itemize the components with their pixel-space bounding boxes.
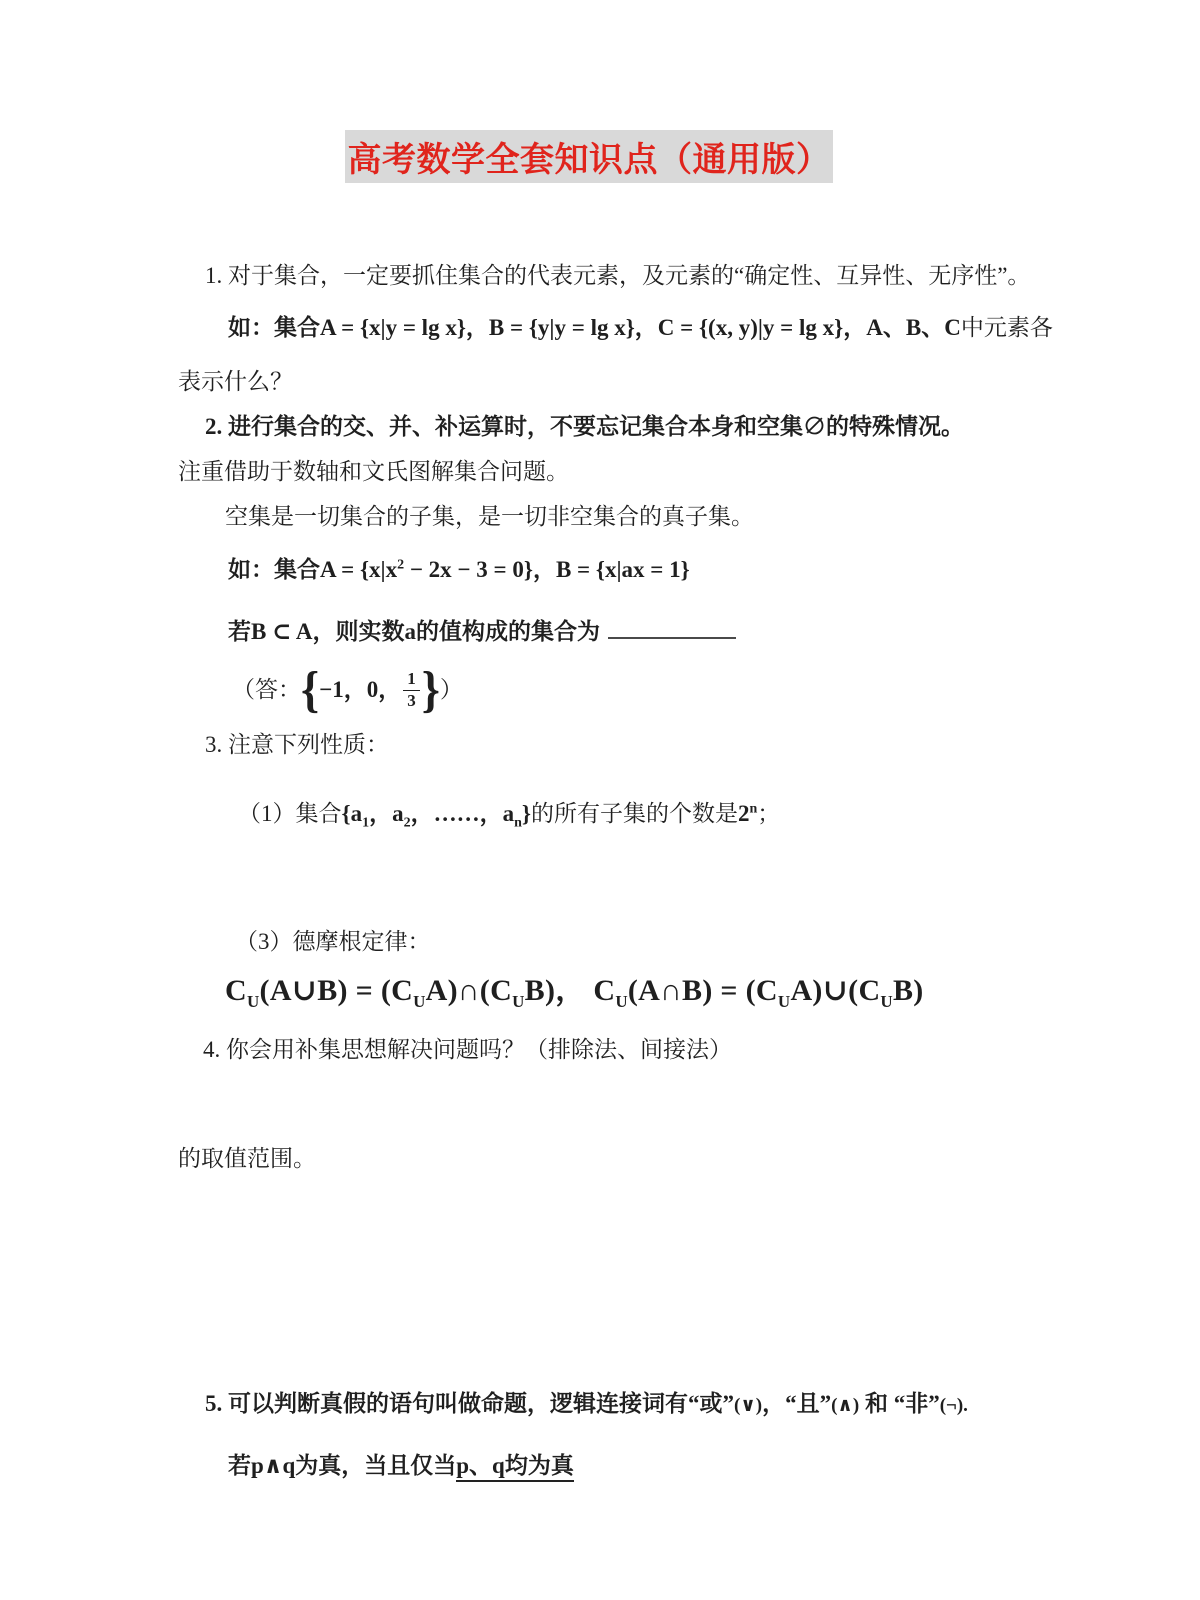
title-highlight-band: 高考数学全套知识点（通用版） xyxy=(345,130,833,183)
item3-property3-label: （3）德摩根定律： xyxy=(235,928,431,957)
item2-answer-line: （答： { −1，0， 1 3 } ） xyxy=(232,660,463,720)
universe-subscript: U xyxy=(247,992,260,1011)
demorgan-formula: CU(A∪B) = (CUA)∩(CUB)， CU(A∩B) = (CUA)∪(… xyxy=(225,972,924,1012)
demorgan-mid2: A)∩( xyxy=(426,974,490,1007)
item2-example-formula: 如：集合A = {x|x2 − 2x − 3 = 0}，B = {x|ax = … xyxy=(228,556,690,585)
item5-mid1: ，“且” xyxy=(762,1391,831,1416)
answer-suffix: ） xyxy=(440,676,463,705)
item4-range-line: 的取值范围。 xyxy=(178,1145,316,1174)
item1-formula-tail: 中元素各 xyxy=(961,315,1053,340)
prop1-text: 的所有子集的个数是 xyxy=(531,801,738,826)
prop1-base2: 2 xyxy=(738,801,750,826)
item2-line1: 2. 进行集合的交、并、补运算时，不要忘记集合本身和空集∅的特殊情况。 xyxy=(205,413,964,442)
answer-prefix: （答： xyxy=(232,676,301,705)
item1-formula-math: 如：集合A = {x|y = lg x}，B = {y|y = lg x}，C … xyxy=(228,315,961,340)
item4-line1: 4. 你会用补集思想解决问题吗？（排除法、间接法） xyxy=(203,1036,732,1065)
universe-subscript: U xyxy=(413,992,426,1011)
or-symbol: (∨) xyxy=(734,1395,762,1416)
item5-line2: 若p∧q为真，当且仅当p、q均为真 xyxy=(228,1452,574,1481)
item5-line1: 5. 可以判断真假的语句叫做命题，逻辑连接词有“或”(∨)，“且”(∧) 和 “… xyxy=(205,1390,968,1419)
item5-main-text: 5. 可以判断真假的语句叫做命题，逻辑连接词有“或” xyxy=(205,1391,734,1416)
prop1-mid1: ，a xyxy=(369,801,404,826)
item3-line1: 3. 注意下列性质： xyxy=(205,731,389,760)
subset-text: 若B ⊂ A，则实数a的值构成的集合为 xyxy=(228,619,600,644)
complement-symbol: C xyxy=(593,974,615,1007)
and-symbol: (∧) xyxy=(831,1395,859,1416)
blank-answer-underline xyxy=(608,617,736,639)
universe-subscript: U xyxy=(880,992,893,1011)
item5-underlined-conclusion: p、q均为真 xyxy=(456,1453,574,1482)
complement-symbol: C xyxy=(858,974,880,1007)
answer-items: −1，0， xyxy=(319,676,401,705)
fraction-denominator: 3 xyxy=(407,691,416,711)
prop1-sub2: 2 xyxy=(404,816,411,831)
example-part1: 如：集合A = {x|x xyxy=(228,557,397,582)
item2-line3: 空集是一切集合的子集，是一切非空集合的真子集。 xyxy=(225,503,754,532)
demorgan-mid3: B)， xyxy=(525,974,594,1007)
demorgan-mid5: A)∪( xyxy=(790,974,858,1007)
item2-line2: 注重借助于数轴和文氏图解集合问题。 xyxy=(178,458,569,487)
item1-line1: 1. 对于集合，一定要抓住集合的代表元素，及元素的“确定性、互异性、无序性”。 xyxy=(205,262,1030,291)
example-part2: − 2x − 3 = 0}，B = {x|ax = 1} xyxy=(404,557,690,582)
item5-mid2: 和 “非” xyxy=(859,1391,940,1416)
prop1-set-open: {a xyxy=(342,801,363,826)
complement-symbol: C xyxy=(225,974,247,1007)
answer-fraction: 1 3 xyxy=(403,669,420,710)
item3-property1: （1）集合{a1，a2，……，an}的所有子集的个数是2n； xyxy=(238,800,780,832)
item5-line2-prefix: 若p∧q为真，当且仅当 xyxy=(228,1453,456,1478)
item1-line3: 表示什么？ xyxy=(178,368,293,397)
demorgan-mid1: (A∪B) = ( xyxy=(260,974,392,1007)
complement-symbol: C xyxy=(490,974,512,1007)
prop1-label: （1）集合 xyxy=(238,801,342,826)
answer-open-brace: { xyxy=(301,665,319,716)
complement-symbol: C xyxy=(391,974,413,1007)
universe-subscript: U xyxy=(615,992,628,1011)
universe-subscript: U xyxy=(512,992,525,1011)
prop1-mid2: ，……，a xyxy=(411,801,515,826)
demorgan-mid4: (A∩B) = ( xyxy=(628,974,756,1007)
complement-symbol: C xyxy=(756,974,778,1007)
prop1-subn: n xyxy=(514,816,522,831)
answer-close-brace: } xyxy=(422,665,440,716)
universe-subscript: U xyxy=(778,992,791,1011)
prop1-set-close: } xyxy=(522,801,531,826)
item2-subset-line: 若B ⊂ A，则实数a的值构成的集合为 xyxy=(228,617,736,647)
item1-formula-line: 如：集合A = {x|y = lg x}，B = {y|y = lg x}，C … xyxy=(228,314,1053,343)
document-page: 高考数学全套知识点（通用版） 1. 对于集合，一定要抓住集合的代表元素，及元素的… xyxy=(0,0,1200,1600)
demorgan-mid6: B) xyxy=(893,974,924,1007)
not-symbol: (¬). xyxy=(940,1395,968,1416)
fraction-numerator: 1 xyxy=(403,669,420,691)
prop1-end: ； xyxy=(757,801,780,826)
page-title: 高考数学全套知识点（通用版） xyxy=(348,132,831,181)
